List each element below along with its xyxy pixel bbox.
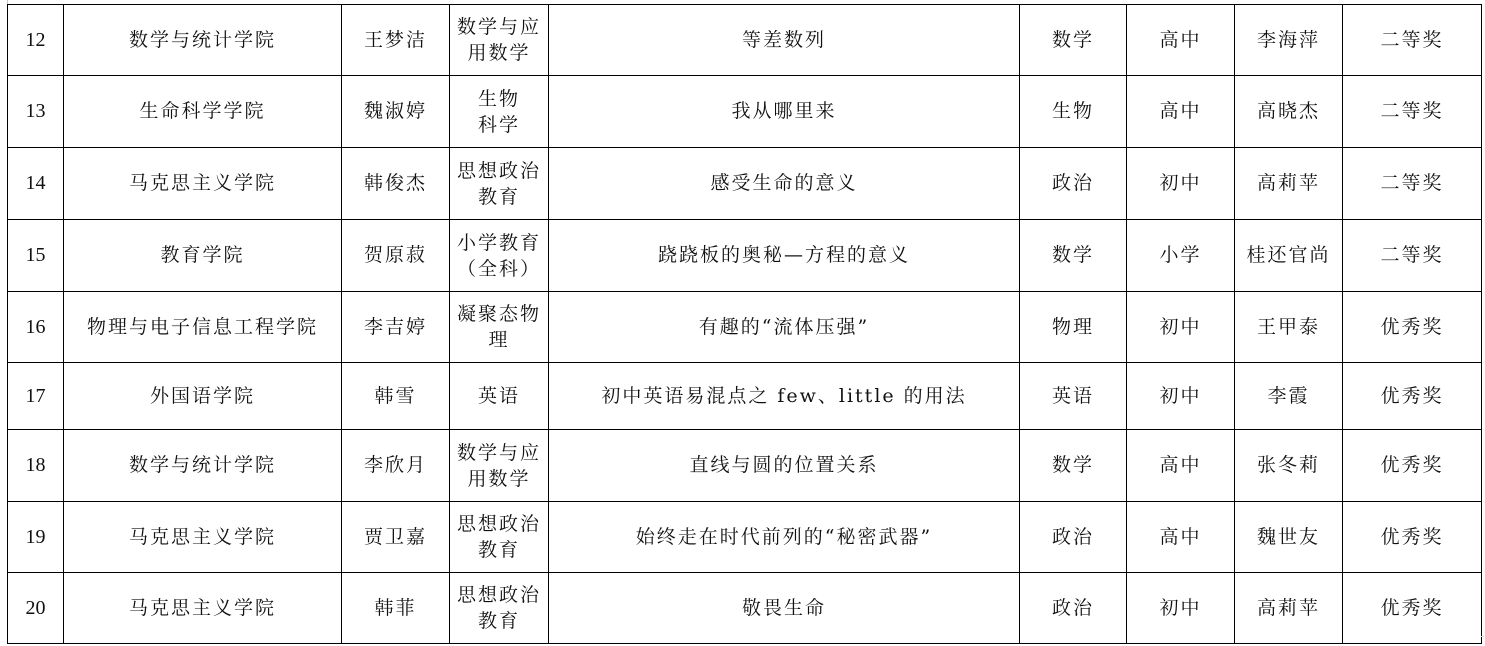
page-corner-mark — [1481, 636, 1484, 637]
student-name-cell: 王梦洁 — [342, 5, 450, 76]
major-cell: 小学教育（全科） — [450, 220, 549, 292]
award-cell: 优秀奖 — [1343, 573, 1482, 644]
major-line: 小学教育 — [454, 230, 544, 256]
award-cell: 优秀奖 — [1343, 430, 1482, 502]
major-line: 英语 — [454, 383, 544, 409]
major-cell: 生物科学 — [450, 76, 549, 148]
school-level-cell: 高中 — [1127, 430, 1235, 502]
college-cell: 物理与电子信息工程学院 — [64, 292, 342, 363]
school-level-cell: 初中 — [1127, 148, 1235, 220]
mentor-cell: 魏世友 — [1235, 502, 1343, 573]
student-name-cell: 韩雪 — [342, 363, 450, 430]
table-row: 14马克思主义学院韩俊杰思想政治教育感受生命的意义政治初中高莉苹二等奖 — [8, 148, 1482, 220]
topic-cell: 等差数列 — [549, 5, 1020, 76]
row-number-cell: 15 — [8, 220, 64, 292]
college-cell: 马克思主义学院 — [64, 573, 342, 644]
major-cell: 思想政治教育 — [450, 502, 549, 573]
award-cell: 二等奖 — [1343, 5, 1482, 76]
mentor-cell: 张冬莉 — [1235, 430, 1343, 502]
major-line: 理 — [454, 327, 544, 353]
table-row: 19马克思主义学院贾卫嘉思想政治教育始终走在时代前列的“秘密武器”政治高中魏世友… — [8, 502, 1482, 573]
row-number-cell: 13 — [8, 76, 64, 148]
subject-cell: 数学 — [1020, 5, 1127, 76]
major-cell: 英语 — [450, 363, 549, 430]
award-cell: 优秀奖 — [1343, 292, 1482, 363]
topic-cell: 直线与圆的位置关系 — [549, 430, 1020, 502]
table-row: 13生命科学学院魏淑婷生物科学我从哪里来生物高中高晓杰二等奖 — [8, 76, 1482, 148]
major-line: 教育 — [454, 608, 544, 634]
college-cell: 数学与统计学院 — [64, 430, 342, 502]
award-cell: 二等奖 — [1343, 220, 1482, 292]
subject-cell: 数学 — [1020, 430, 1127, 502]
mentor-cell: 高莉苹 — [1235, 573, 1343, 644]
row-number-cell: 16 — [8, 292, 64, 363]
row-number-cell: 19 — [8, 502, 64, 573]
subject-cell: 物理 — [1020, 292, 1127, 363]
award-cell: 优秀奖 — [1343, 363, 1482, 430]
mentor-cell: 李海萍 — [1235, 5, 1343, 76]
major-line: 科学 — [454, 112, 544, 138]
topic-cell: 感受生命的意义 — [549, 148, 1020, 220]
school-level-cell: 高中 — [1127, 5, 1235, 76]
major-line: 用数学 — [454, 40, 544, 66]
major-line: 思想政治 — [454, 511, 544, 537]
student-name-cell: 魏淑婷 — [342, 76, 450, 148]
student-name-cell: 李吉婷 — [342, 292, 450, 363]
major-line: 用数学 — [454, 466, 544, 492]
college-cell: 生命科学学院 — [64, 76, 342, 148]
mentor-cell: 李霞 — [1235, 363, 1343, 430]
topic-cell: 跷跷板的奥秘—方程的意义 — [549, 220, 1020, 292]
table-row: 16物理与电子信息工程学院李吉婷凝聚态物理有趣的“流体压强”物理初中王甲泰优秀奖 — [8, 292, 1482, 363]
school-level-cell: 初中 — [1127, 363, 1235, 430]
topic-cell: 有趣的“流体压强” — [549, 292, 1020, 363]
mentor-cell: 高晓杰 — [1235, 76, 1343, 148]
major-line: 数学与应 — [454, 14, 544, 40]
college-cell: 马克思主义学院 — [64, 148, 342, 220]
student-name-cell: 贾卫嘉 — [342, 502, 450, 573]
topic-cell: 我从哪里来 — [549, 76, 1020, 148]
major-line: 思想政治 — [454, 158, 544, 184]
topic-cell: 始终走在时代前列的“秘密武器” — [549, 502, 1020, 573]
mentor-cell: 桂还官尚 — [1235, 220, 1343, 292]
major-cell: 凝聚态物理 — [450, 292, 549, 363]
award-cell: 二等奖 — [1343, 148, 1482, 220]
school-level-cell: 高中 — [1127, 76, 1235, 148]
row-number-cell: 12 — [8, 5, 64, 76]
major-line: 数学与应 — [454, 440, 544, 466]
major-line: 教育 — [454, 184, 544, 210]
table-row: 20马克思主义学院韩菲思想政治教育敬畏生命政治初中高莉苹优秀奖 — [8, 573, 1482, 644]
major-cell: 数学与应用数学 — [450, 5, 549, 76]
table-row: 18数学与统计学院李欣月数学与应用数学直线与圆的位置关系数学高中张冬莉优秀奖 — [8, 430, 1482, 502]
awards-table-body: 12数学与统计学院王梦洁数学与应用数学等差数列数学高中李海萍二等奖13生命科学学… — [8, 5, 1482, 644]
subject-cell: 政治 — [1020, 573, 1127, 644]
award-cell: 优秀奖 — [1343, 502, 1482, 573]
awards-table: 12数学与统计学院王梦洁数学与应用数学等差数列数学高中李海萍二等奖13生命科学学… — [7, 4, 1482, 644]
student-name-cell: 韩菲 — [342, 573, 450, 644]
topic-cell: 敬畏生命 — [549, 573, 1020, 644]
college-cell: 数学与统计学院 — [64, 5, 342, 76]
mentor-cell: 王甲泰 — [1235, 292, 1343, 363]
major-cell: 思想政治教育 — [450, 573, 549, 644]
award-cell: 二等奖 — [1343, 76, 1482, 148]
school-level-cell: 初中 — [1127, 573, 1235, 644]
major-line: 思想政治 — [454, 582, 544, 608]
school-level-cell: 初中 — [1127, 292, 1235, 363]
row-number-cell: 17 — [8, 363, 64, 430]
major-line: （全科） — [454, 256, 544, 282]
subject-cell: 生物 — [1020, 76, 1127, 148]
student-name-cell: 贺原菽 — [342, 220, 450, 292]
table-row: 17外国语学院韩雪英语初中英语易混点之 few、little 的用法英语初中李霞… — [8, 363, 1482, 430]
row-number-cell: 18 — [8, 430, 64, 502]
major-line: 生物 — [454, 86, 544, 112]
table-row: 12数学与统计学院王梦洁数学与应用数学等差数列数学高中李海萍二等奖 — [8, 5, 1482, 76]
school-level-cell: 高中 — [1127, 502, 1235, 573]
subject-cell: 数学 — [1020, 220, 1127, 292]
major-cell: 数学与应用数学 — [450, 430, 549, 502]
student-name-cell: 韩俊杰 — [342, 148, 450, 220]
topic-cell: 初中英语易混点之 few、little 的用法 — [549, 363, 1020, 430]
major-line: 教育 — [454, 537, 544, 563]
major-cell: 思想政治教育 — [450, 148, 549, 220]
school-level-cell: 小学 — [1127, 220, 1235, 292]
row-number-cell: 20 — [8, 573, 64, 644]
row-number-cell: 14 — [8, 148, 64, 220]
mentor-cell: 高莉苹 — [1235, 148, 1343, 220]
subject-cell: 政治 — [1020, 148, 1127, 220]
college-cell: 马克思主义学院 — [64, 502, 342, 573]
subject-cell: 英语 — [1020, 363, 1127, 430]
table-row: 15教育学院贺原菽小学教育（全科）跷跷板的奥秘—方程的意义数学小学桂还官尚二等奖 — [8, 220, 1482, 292]
subject-cell: 政治 — [1020, 502, 1127, 573]
college-cell: 教育学院 — [64, 220, 342, 292]
college-cell: 外国语学院 — [64, 363, 342, 430]
student-name-cell: 李欣月 — [342, 430, 450, 502]
major-line: 凝聚态物 — [454, 301, 544, 327]
